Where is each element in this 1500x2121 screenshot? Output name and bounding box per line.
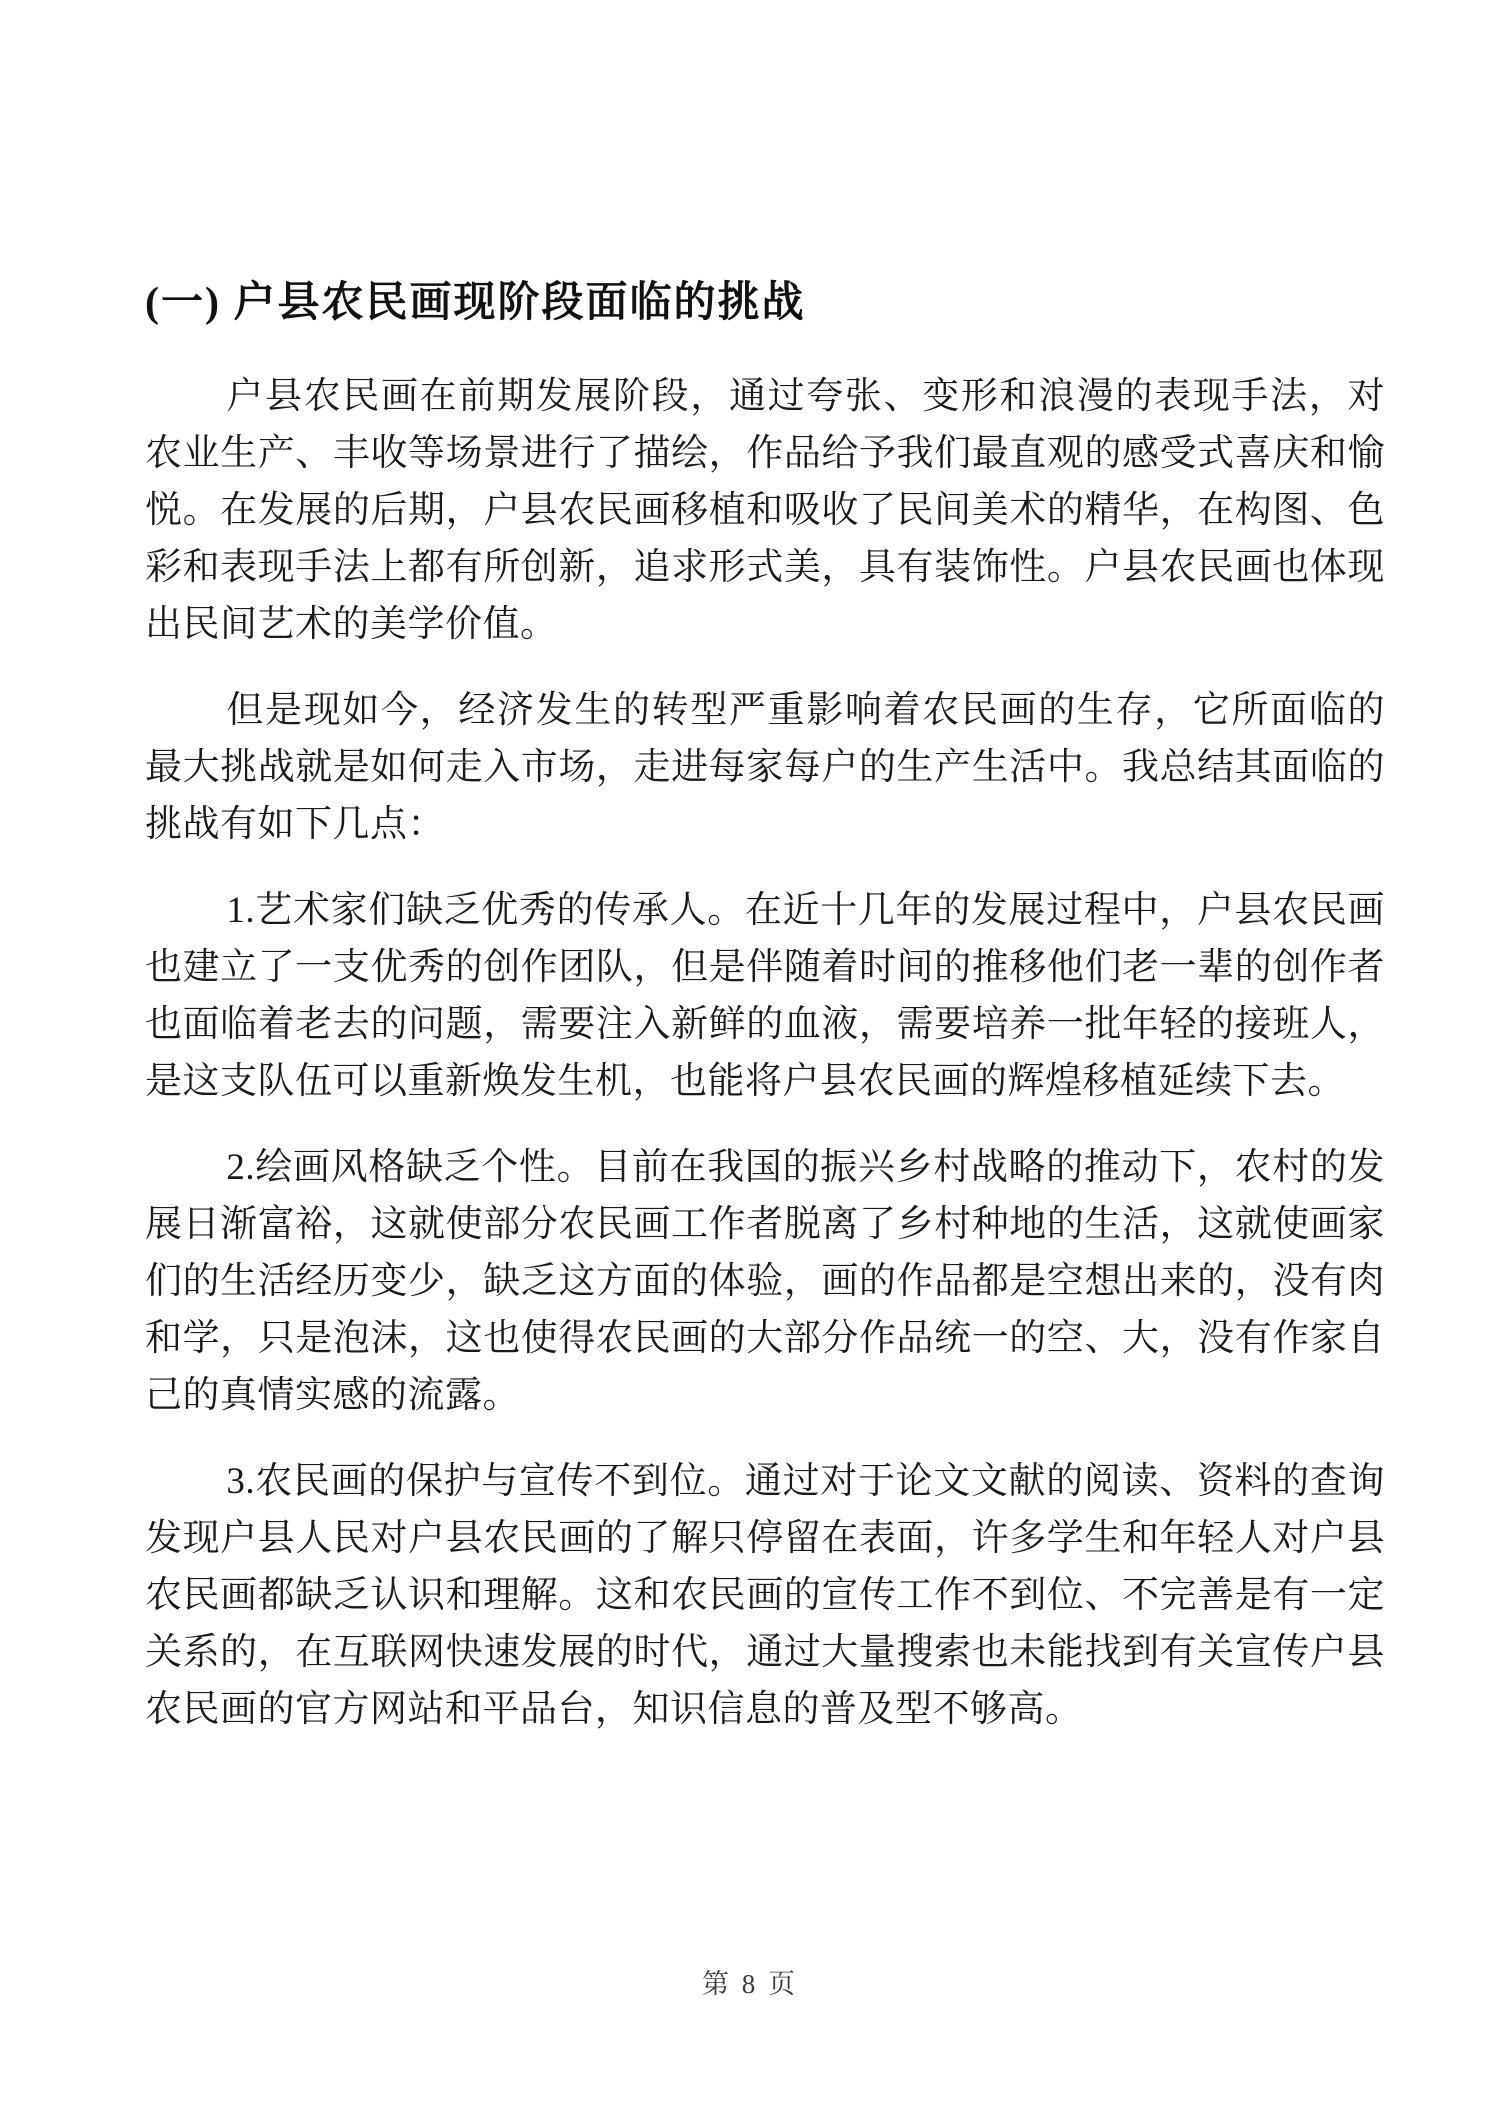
document-content: (一) 户县农民画现阶段面临的挑战 户县农民画在前期发展阶段，通过夸张、变形和浪… [145, 278, 1385, 1767]
body-paragraph-intro: 户县农民画在前期发展阶段，通过夸张、变形和浪漫的表现手法，对农业生产、丰收等场景… [145, 368, 1385, 653]
body-paragraph-transition: 但是现如今，经济发生的转型严重影响着农民画的生存，它所面临的最大挑战就是如何走入… [145, 682, 1385, 853]
body-paragraph-point-2: 2.绘画风格缺乏个性。目前在我国的振兴乡村战略的推动下，农村的发展日渐富裕，这就… [145, 1139, 1385, 1424]
body-paragraph-point-3: 3.农民画的保护与宣传不到位。通过对于论文文献的阅读、资料的查询发现户县人民对户… [145, 1453, 1385, 1738]
document-page: (一) 户县农民画现阶段面临的挑战 户县农民画在前期发展阶段，通过夸张、变形和浪… [0, 0, 1500, 2121]
body-paragraph-point-1: 1.艺术家们缺乏优秀的传承人。在近十几年的发展过程中，户县农民画也建立了一支优秀… [145, 882, 1385, 1110]
section-heading: (一) 户县农民画现阶段面临的挑战 [145, 278, 1385, 328]
page-number: 第 8 页 [0, 1962, 1500, 2001]
